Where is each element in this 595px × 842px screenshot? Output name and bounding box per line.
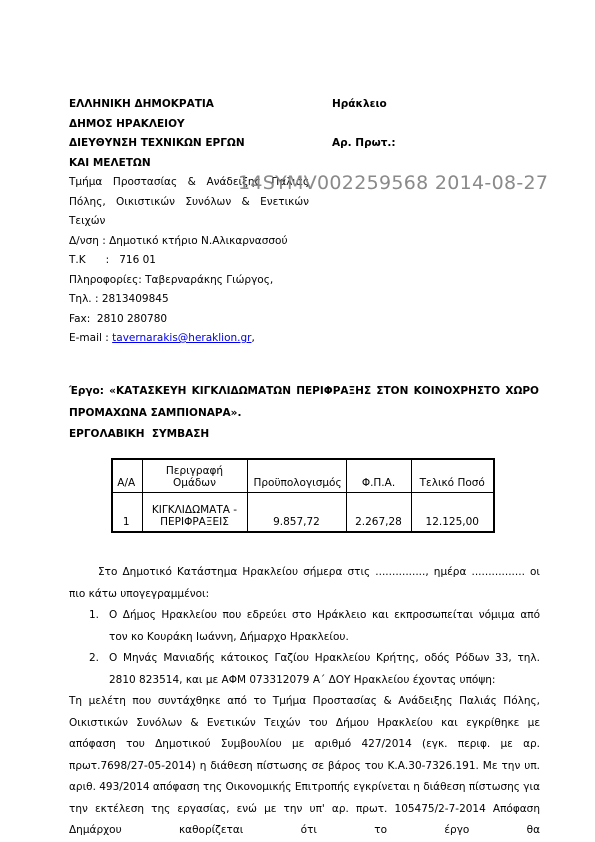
table-row: 1 ΚΙΓΚΛΙΔΩΜΑΤΑ - ΠΕΡΙΦΡΑΞΕΙΣ 9.857,72 2.…: [112, 493, 494, 533]
city-line: Ηράκλειο: [332, 95, 396, 115]
org-line-4: ΚΑΙ ΜΕΛΕΤΩΝ: [69, 154, 317, 174]
table-cell-budget: 9.857,72: [247, 493, 346, 533]
letterhead-right: Ηράκλειο Αρ. Πρωτ.:: [332, 95, 396, 154]
table-header-budget: Προϋπολογισμός: [247, 459, 346, 493]
contact-line: Πληροφορίες: Ταβερναράκης Γιώργος,: [69, 271, 317, 291]
list-item-text: Ο Δήμος Ηρακλείου που εδρεύει στο Ηράκλε…: [109, 605, 540, 648]
list-item: 1. Ο Δήμος Ηρακλείου που εδρεύει στο Ηρά…: [69, 605, 540, 648]
address-line: Δ/νση : Δημοτικό κτήριο Ν.Αλικαρνασσού: [69, 232, 317, 252]
budget-table: Α/Α Περιγραφή Ομάδων Προϋπολογισμός Φ.Π.…: [111, 458, 495, 533]
table-header-description: Περιγραφή Ομάδων: [142, 459, 247, 493]
phone-line: Τηλ. : 2813409845: [69, 290, 317, 310]
ada-watermark: 14SYMV002259568 2014-08-27: [238, 172, 548, 194]
list-item-number: 2.: [89, 648, 109, 691]
list-item-text: Ο Μηνάς Μανιαδής κάτοικος Γαζίου Ηρακλεί…: [109, 648, 540, 691]
protocol-number-label: Αρ. Πρωτ.:: [332, 134, 396, 154]
letterhead: ΕΛΛΗΝΙΚΗ ΔΗΜΟΚΡΑΤΙΑ ΔΗΜΟΣ ΗΡΑΚΛΕΙΟΥ ΔΙΕΥ…: [69, 95, 317, 349]
project-block: Έργο: «ΚΑΤΑΣΚΕΥΗ ΚΙΓΚΛΙΔΩΜΑΤΩΝ ΠΕΡΙΦΡΑΞΗ…: [69, 381, 539, 446]
table-header-total: Τελικό Ποσό: [411, 459, 494, 493]
table-header-row: Α/Α Περιγραφή Ομάδων Προϋπολογισμός Φ.Π.…: [112, 459, 494, 493]
email-suffix: ,: [252, 332, 255, 344]
table-cell-aa: 1: [112, 493, 142, 533]
email-link[interactable]: tavernarakis@heraklion.gr: [112, 332, 251, 344]
table-cell-vat: 2.267,28: [346, 493, 411, 533]
list-item: 2. Ο Μηνάς Μανιαδής κάτοικος Γαζίου Ηρακ…: [69, 648, 540, 691]
table-header-vat: Φ.Π.Α.: [346, 459, 411, 493]
org-line-1: ΕΛΛΗΝΙΚΗ ΔΗΜΟΚΡΑΤΙΑ: [69, 95, 317, 115]
email-line: E-mail : tavernarakis@heraklion.gr,: [69, 329, 317, 349]
fax-line: Fax: 2810 280780: [69, 310, 317, 330]
org-line-2: ΔΗΜΟΣ ΗΡΑΚΛΕΙΟΥ: [69, 115, 317, 135]
document-page: ΕΛΛΗΝΙΚΗ ΔΗΜΟΚΡΑΤΙΑ ΔΗΜΟΣ ΗΡΑΚΛΕΙΟΥ ΔΙΕΥ…: [0, 0, 595, 842]
intro-paragraph: Στο Δημοτικό Κατάστημα Ηρακλείου σήμερα …: [69, 562, 540, 605]
email-label: E-mail :: [69, 332, 112, 344]
table-header-aa: Α/Α: [112, 459, 142, 493]
closing-paragraph: Τη μελέτη που συντάχθηκε από το Τμήμα Πρ…: [69, 691, 540, 842]
table-cell-description: ΚΙΓΚΛΙΔΩΜΑΤΑ - ΠΕΡΙΦΡΑΞΕΙΣ: [142, 493, 247, 533]
list-item-number: 1.: [89, 605, 109, 648]
table-cell-total: 12.125,00: [411, 493, 494, 533]
org-line-3: ΔΙΕΥΘΥΝΣΗ ΤΕΧΝΙΚΩΝ ΕΡΓΩΝ: [69, 134, 317, 154]
contract-subtitle: ΕΡΓΟΛΑΒΙΚΗ ΣΥΜΒΑΣΗ: [69, 424, 539, 446]
contract-body: Στο Δημοτικό Κατάστημα Ηρακλείου σήμερα …: [69, 562, 540, 842]
postal-code-line: Τ.Κ : 716 01: [69, 251, 317, 271]
signatories-list: 1. Ο Δήμος Ηρακλείου που εδρεύει στο Ηρά…: [69, 605, 540, 691]
project-title: Έργο: «ΚΑΤΑΣΚΕΥΗ ΚΙΓΚΛΙΔΩΜΑΤΩΝ ΠΕΡΙΦΡΑΞΗ…: [69, 381, 539, 424]
